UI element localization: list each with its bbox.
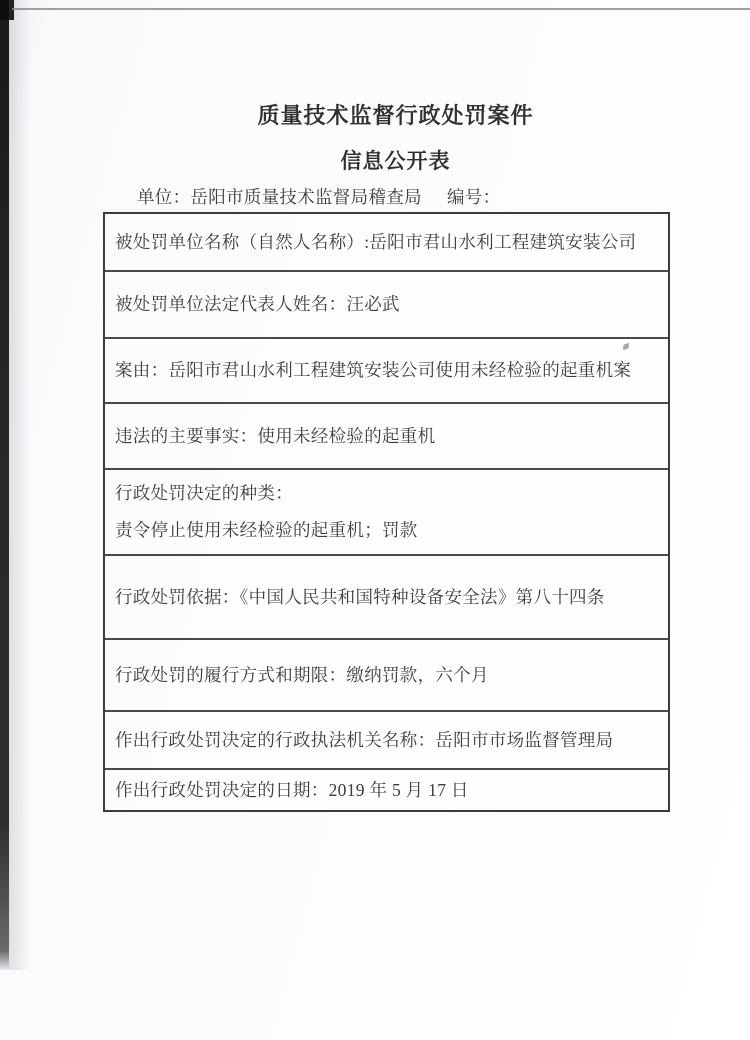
document-title: 质量技术监督行政处罚案件 xyxy=(112,99,679,130)
row-text: 行政处罚的履行方式和期限：缴纳罚款，六个月 xyxy=(115,665,662,686)
scan-top-edge-line xyxy=(12,8,750,10)
document-header-line: 单位：岳阳市质量技术监督局稽查局 编号： xyxy=(103,184,670,208)
row-text: 作出行政处罚决定的日期：2019 年 5 月 17 日 xyxy=(115,780,662,801)
row-text: 违法的主要事实：使用未经检验的起重机 xyxy=(115,426,662,447)
scanned-document-page: { "document": { "title": "质量技术监督行政处罚案件",… xyxy=(0,0,750,1040)
scan-page-shadow xyxy=(9,0,31,970)
penalty-info-table: 被处罚单位名称（自然人名称）:岳阳市君山水利工程建筑安装公司 被处罚单位法定代表… xyxy=(103,212,670,812)
document-subtitle: 信息公开表 xyxy=(112,145,679,175)
table-row-case-cause: 案由：岳阳市君山水利工程建筑安装公司使用未经检验的起重机案 xyxy=(105,339,668,404)
row-text: 作出行政处罚决定的行政执法机关名称：岳阳市市场监督管理局 xyxy=(115,730,662,751)
row-text: 行政处罚决定的种类： xyxy=(115,483,662,504)
row-text: 责令停止使用未经检验的起重机；罚款 xyxy=(115,520,662,541)
scan-edge-strip xyxy=(0,0,9,970)
table-row-penalty-types: 行政处罚决定的种类： 责令停止使用未经检验的起重机；罚款 xyxy=(105,470,668,556)
row-text: 行政处罚依据：《中国人民共和国特种设备安全法》第八十四条 xyxy=(115,587,662,608)
row-text: 被处罚单位法定代表人姓名：汪必武 xyxy=(115,294,662,315)
table-row-legal-representative: 被处罚单位法定代表人姓名：汪必武 xyxy=(105,272,668,339)
table-row-penalty-basis: 行政处罚依据：《中国人民共和国特种设备安全法》第八十四条 xyxy=(105,556,668,640)
table-row-decision-date: 作出行政处罚决定的日期：2019 年 5 月 17 日 xyxy=(105,770,668,810)
table-row-punished-unit-name: 被处罚单位名称（自然人名称）:岳阳市君山水利工程建筑安装公司 xyxy=(105,214,668,272)
row-text: 案由：岳阳市君山水利工程建筑安装公司使用未经检验的起重机案 xyxy=(115,360,662,381)
row-text: 被处罚单位名称（自然人名称）:岳阳市君山水利工程建筑安装公司 xyxy=(115,232,662,253)
unit-field: 单位：岳阳市质量技术监督局稽查局 xyxy=(137,184,422,209)
table-row-enforcement-agency: 作出行政处罚决定的行政执法机关名称：岳阳市市场监督管理局 xyxy=(105,712,668,770)
table-row-fulfillment-method: 行政处罚的履行方式和期限：缴纳罚款，六个月 xyxy=(105,640,668,712)
serial-number-label: 编号： xyxy=(447,184,500,209)
table-row-main-violation-facts: 违法的主要事实：使用未经检验的起重机 xyxy=(105,404,668,470)
